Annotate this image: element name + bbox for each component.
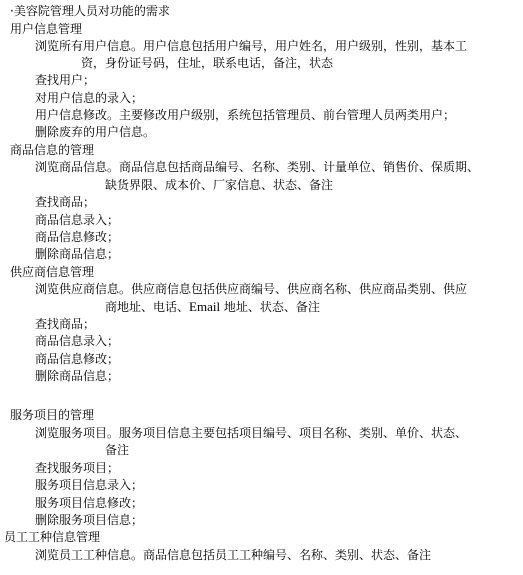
section-heading-user-info: 用户信息管理 [10, 21, 82, 38]
list-item: 商品信息录入； [35, 333, 119, 350]
list-item: 商品信息修改； [35, 229, 119, 246]
list-item-continuation: 资，身份证号码，住址，联系电话，备注，状态 [81, 55, 333, 72]
list-item: 删除废弃的用户信息。 [35, 124, 155, 141]
list-item: 服务项目信息录入； [35, 477, 143, 494]
list-item: 浏览员工工种信息。商品信息包括员工工种编号、名称、类别、状态、备注 [35, 547, 431, 564]
list-item-continuation: 缺货界限、成本价、厂家信息、状态、备注 [105, 177, 333, 194]
list-item: 删除商品信息； [35, 246, 119, 263]
list-item: 浏览商品信息。商品信息包括商品编号、名称、类别、计量单位、销售价、保质期、 [35, 159, 479, 176]
section-heading-product-info: 商品信息的管理 [10, 142, 94, 159]
list-item: 查找用户； [35, 72, 95, 89]
list-item: 商品信息录入； [35, 212, 119, 229]
list-item: 服务项目信息修改； [35, 495, 143, 512]
list-item: 浏览供应商信息。供应商信息包括供应商编号、供应商名称、供应商品类别、供应 [35, 281, 467, 298]
list-item: 用户信息修改。主要修改用户级别，系统包括管理员、前台管理人员两类用户； [35, 107, 455, 124]
list-item: 对用户信息的录入； [35, 90, 143, 107]
list-item: 删除商品信息； [35, 368, 119, 385]
list-item: 浏览所有用户信息。用户信息包括用户编号，用户姓名，用户级别，性别，基本工 [35, 38, 467, 55]
list-item: 删除服务项目信息； [35, 512, 143, 529]
section-heading-service-items: 服务项目的管理 [10, 407, 94, 424]
list-item: 查找服务项目； [35, 460, 119, 477]
list-item: 商品信息修改； [35, 351, 119, 368]
continuation-text: 地址、状态、备注 [220, 300, 320, 314]
email-text: Email [189, 299, 220, 314]
section-heading-supplier-info: 供应商信息管理 [10, 264, 94, 281]
list-item-continuation: 商地址、电话、Email 地址、状态、备注 [105, 298, 320, 315]
list-item: 浏览服务项目。服务项目信息主要包括项目编号、项目名称、类别、单价、状态、 [35, 425, 467, 442]
list-item-continuation: 备注 [105, 442, 129, 459]
continuation-text: 商地址、电话、 [105, 300, 189, 314]
list-item: 查找商品； [35, 194, 95, 211]
document-title: ·美容院管理人员对功能的需求 [10, 3, 170, 20]
section-heading-staff-job-type: 员工工种信息管理 [4, 529, 100, 546]
list-item: 查找商品； [35, 316, 95, 333]
